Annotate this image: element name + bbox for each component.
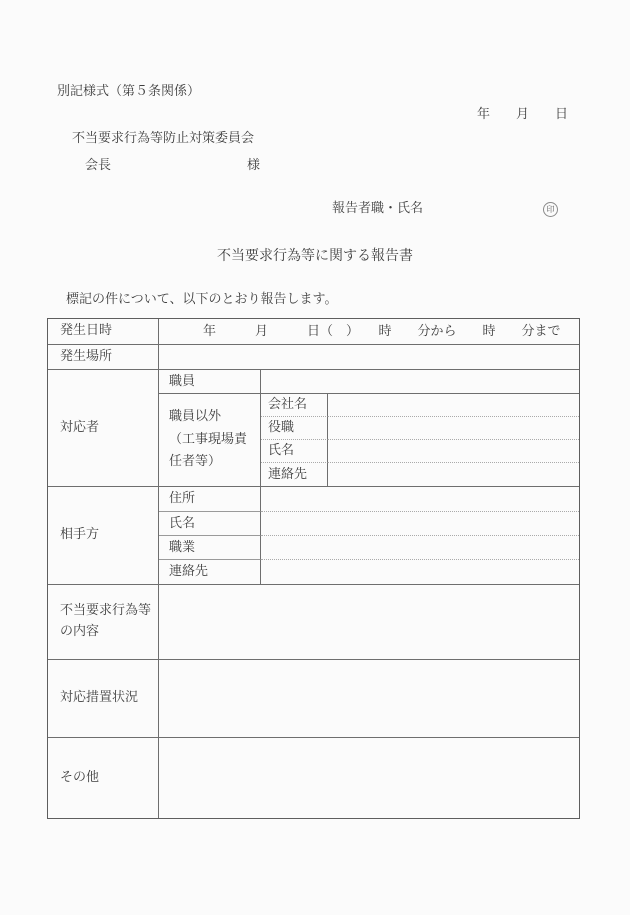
otherparty-name-label: 氏名 (159, 512, 261, 536)
demand-content-value-cell (159, 585, 579, 660)
document-title: 不当要求行為等に関する報告書 (0, 248, 630, 265)
otherparty-contact-value-cell (261, 560, 579, 585)
nonstaff-company-value-cell (328, 394, 579, 417)
row-label-other: その他 (48, 738, 159, 818)
occurrence-place-value-cell (159, 345, 579, 370)
otherparty-address-value-cell (261, 487, 579, 512)
responder-staff-label: 職員 (159, 370, 261, 394)
row-label-measures: 対応措置状況 (48, 660, 159, 738)
row-label-other-party: 相手方 (48, 487, 159, 585)
nonstaff-position-value-cell (328, 417, 579, 440)
table-row: 対応者 職員 (48, 370, 579, 394)
honorific-sama: 様 (247, 158, 260, 174)
occurrence-datetime-value-cell: 年 月 日（ ） 時 分から 時 分まで (159, 319, 579, 345)
row-label-demand-content: 不当要求行為等の内容 (48, 585, 159, 660)
nonstaff-name-label: 氏名 (261, 440, 328, 463)
otherparty-name-value-cell (261, 512, 579, 536)
intro-sentence: 標記の件について、以下のとおり報告します。 (66, 292, 337, 308)
nonstaff-contact-value-cell (328, 463, 579, 487)
report-table: 発生日時 年 月 日（ ） 時 分から 時 分まで 発生場所 対応者 職員 職員… (47, 318, 580, 819)
report-form-page: 別記様式（第５条関係） 年 月 日 不当要求行為等防止対策委員会 会長 様 報告… (0, 0, 630, 915)
row-label-responder: 対応者 (48, 370, 159, 487)
responder-nonstaff-name: 職員以外 (169, 406, 256, 429)
date-line: 年 月 日 (477, 107, 568, 123)
table-row: 対応措置状況 (48, 660, 579, 738)
nonstaff-company-label: 会社名 (261, 394, 328, 417)
nonstaff-position-label: 役職 (261, 417, 328, 440)
table-row: 発生日時 年 月 日（ ） 時 分から 時 分まで (48, 319, 579, 345)
otherparty-occupation-label: 職業 (159, 536, 261, 560)
otherparty-occupation-value-cell (261, 536, 579, 560)
committee-name: 不当要求行為等防止対策委員会 (72, 131, 254, 147)
reporter-name-label: 報告者職・氏名 (332, 201, 423, 217)
form-style-note: 別記様式（第５条関係） (57, 84, 200, 100)
row-label-occurrence-datetime: 発生日時 (48, 319, 159, 345)
otherparty-contact-label: 連絡先 (159, 560, 261, 585)
nonstaff-contact-label: 連絡先 (261, 463, 328, 487)
seal-stamp-icon: 印 (543, 202, 558, 217)
table-row: 相手方 住所 (48, 487, 579, 512)
otherparty-address-label: 住所 (159, 487, 261, 512)
row-label-occurrence-place: 発生場所 (48, 345, 159, 370)
table-row: その他 (48, 738, 579, 818)
measures-value-cell (159, 660, 579, 738)
responder-nonstaff-paren: （工事現場責任者等） (169, 429, 256, 475)
responder-staff-value-cell (261, 370, 579, 394)
responder-nonstaff-label: 職員以外 （工事現場責任者等） (159, 394, 261, 487)
table-row: 不当要求行為等の内容 (48, 585, 579, 660)
seal-character: 印 (547, 206, 555, 214)
other-value-cell (159, 738, 579, 818)
table-row: 発生場所 (48, 345, 579, 370)
nonstaff-name-value-cell (328, 440, 579, 463)
chairman-label: 会長 (85, 158, 111, 174)
